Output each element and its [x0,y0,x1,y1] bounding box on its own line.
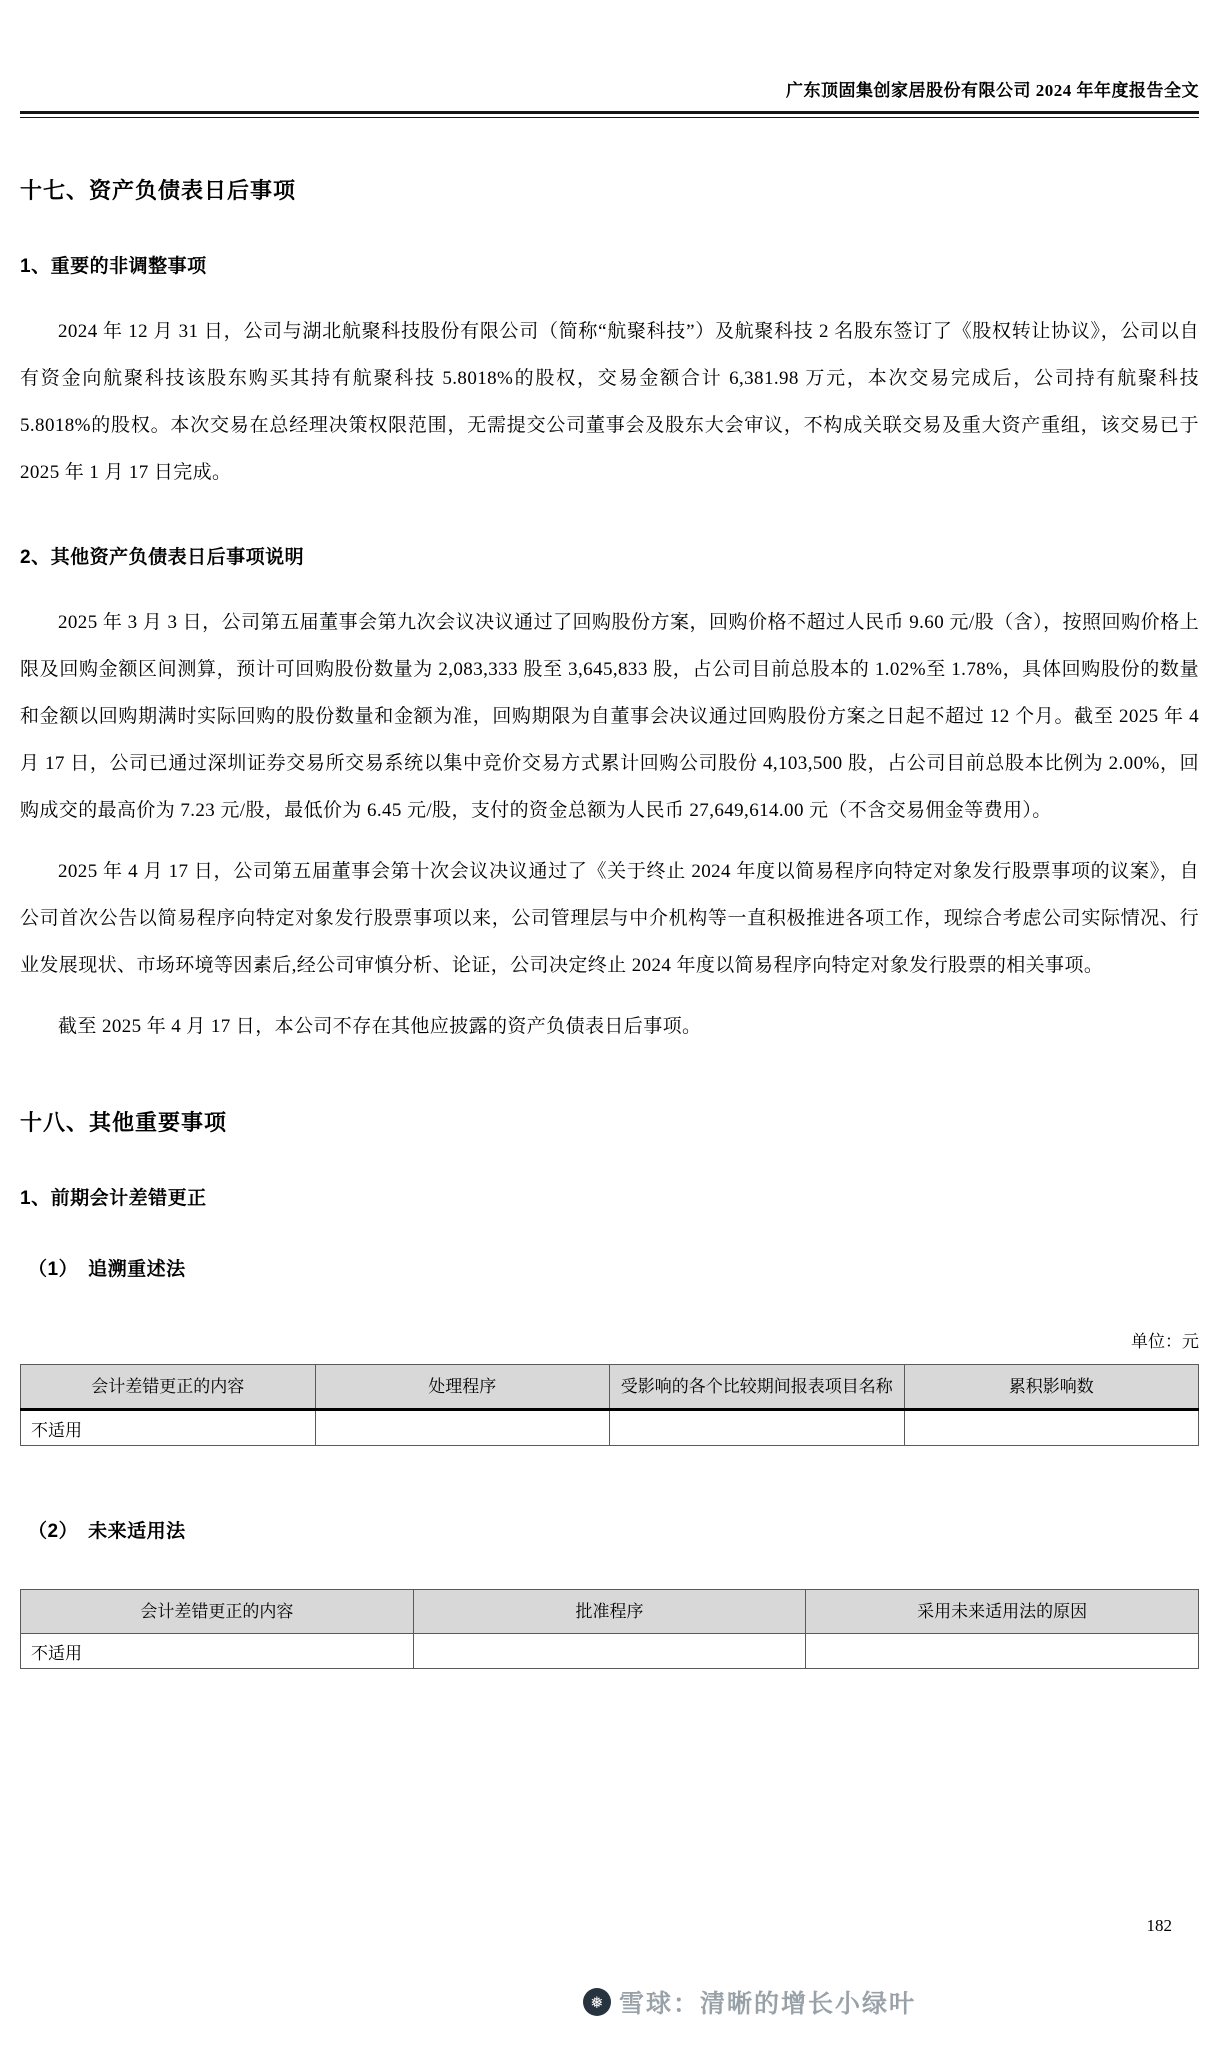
table-header-cell: 处理程序 [315,1365,610,1410]
section-18-sub1-title: 1、前期会计差错更正 [20,1183,1199,1210]
snowflake-logo-icon: ❅ [583,1988,611,2016]
table-cell [904,1410,1199,1446]
table-header-cell: 会计差错更正的内容 [21,1590,414,1634]
paragraph-equity-transfer: 2024 年 12 月 31 日，公司与湖北航聚科技股份有限公司（简称“航聚科技… [20,308,1199,496]
table-header-cell: 累积影响数 [904,1365,1199,1410]
table-cell [610,1410,905,1446]
table-header-row: 会计差错更正的内容 批准程序 采用未来适用法的原因 [21,1590,1199,1634]
table-cell: 不适用 [21,1410,316,1446]
header-divider [20,111,1199,118]
table-header-cell: 会计差错更正的内容 [21,1365,316,1410]
prospective-table-body: 不适用 [21,1634,1199,1669]
restatement-table-head: 会计差错更正的内容 处理程序 受影响的各个比较期间报表项目名称 累积影响数 [21,1365,1199,1410]
section-18-title: 十八、其他重要事项 [20,1106,1199,1137]
doc-header-title: 广东顶固集创家居股份有限公司 2024 年年度报告全文 [20,0,1199,101]
table-cell: 不适用 [21,1634,414,1669]
table-row: 不适用 [21,1410,1199,1446]
table-header-cell: 采用未来适用法的原因 [806,1590,1199,1634]
prospective-table-head: 会计差错更正的内容 批准程序 采用未来适用法的原因 [21,1590,1199,1634]
paragraph-terminate-issuance: 2025 年 4 月 17 日，公司第五届董事会第十次会议决议通过了《关于终止 … [20,848,1199,989]
page-number: 182 [1147,1916,1173,1936]
paragraph-no-other-events: 截至 2025 年 4 月 17 日，本公司不存在其他应披露的资产负债表日后事项… [20,1003,1199,1050]
table-header-cell: 批准程序 [413,1590,806,1634]
table-cell [315,1410,610,1446]
section-17-sub1-title: 1、重要的非调整事项 [20,251,1199,278]
section-17-sub2-title: 2、其他资产负债表日后事项说明 [20,542,1199,569]
paragraph-share-buyback: 2025 年 3 月 3 日，公司第五届董事会第九次会议决议通过了回购股份方案，… [20,599,1199,834]
table-header-cell: 受影响的各个比较期间报表项目名称 [610,1365,905,1410]
table-cell [413,1634,806,1669]
item-restatement-title: （1） 追溯重述法 [28,1254,1199,1281]
restatement-table-body: 不适用 [21,1410,1199,1446]
unit-label: 单位：元 [20,1327,1199,1352]
prospective-table: 会计差错更正的内容 批准程序 采用未来适用法的原因 不适用 [20,1589,1199,1669]
section-17-title: 十七、资产负债表日后事项 [20,174,1199,205]
watermark-text: 雪球：清晰的增长小绿叶 [619,1984,916,2020]
table-cell [806,1634,1199,1669]
item-prospective-title: （2） 未来适用法 [28,1516,1199,1543]
table-row: 不适用 [21,1634,1199,1669]
restatement-table: 会计差错更正的内容 处理程序 受影响的各个比较期间报表项目名称 累积影响数 不适… [20,1364,1199,1446]
xueqiu-watermark: ❅ 雪球：清晰的增长小绿叶 [583,1984,916,2020]
table-header-row: 会计差错更正的内容 处理程序 受影响的各个比较期间报表项目名称 累积影响数 [21,1365,1199,1410]
report-page: 广东顶固集创家居股份有限公司 2024 年年度报告全文 十七、资产负债表日后事项… [0,0,1219,1669]
